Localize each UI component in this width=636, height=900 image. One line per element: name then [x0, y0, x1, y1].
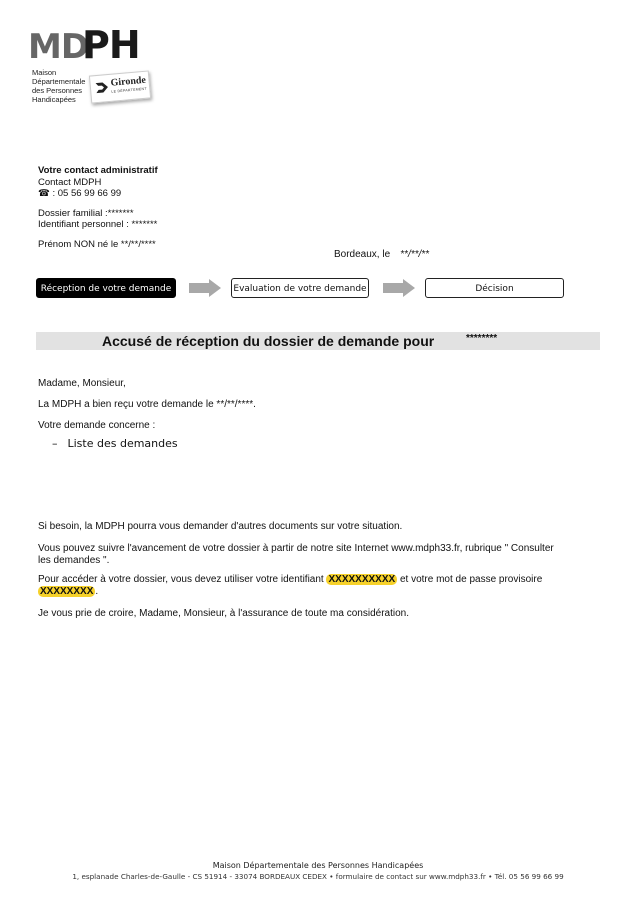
- person-line: Prénom NON né le **/**/****: [38, 239, 158, 251]
- list-dash: –: [52, 437, 58, 450]
- access-suffix: .: [95, 586, 98, 597]
- received-line: La MDPH a bien reçu votre demande le **/…: [38, 399, 598, 411]
- follow-paragraph: Vous pouvez suivre l'avancement de votre…: [38, 543, 598, 567]
- step-reception: Réception de votre demande: [36, 278, 176, 298]
- contact-heading: Votre contact administratif: [38, 165, 158, 177]
- access-paragraph: Pour accéder à votre dossier, vous devez…: [38, 574, 598, 598]
- process-steps: Réception de votre demande Evaluation de…: [36, 278, 576, 300]
- gironde-logo: Gironde LE DÉPARTEMENT: [89, 70, 151, 103]
- salutation: Madame, Monsieur,: [38, 378, 598, 390]
- date-prefix: Bordeaux, le: [334, 249, 390, 260]
- dossier-familial: Dossier familial :*******: [38, 208, 158, 220]
- title-masked-name: ********: [466, 332, 497, 346]
- step-evaluation: Evaluation de votre demande: [231, 278, 369, 298]
- identifiant-personnel: Identifiant personnel : *******: [38, 219, 158, 231]
- concerns-line: Votre demande concerne :: [38, 420, 598, 432]
- footer-address: 1, esplanade Charles-de-Gaulle - CS 5191…: [0, 872, 636, 881]
- identifiant-value: XXXXXXXXXX: [326, 574, 397, 585]
- logo-md-text: MD: [28, 30, 88, 64]
- follow-line-2: les demandes ".: [38, 555, 598, 567]
- access-middle: et votre mot de passe provisoire: [400, 574, 542, 585]
- list-item-label: Liste des demandes: [68, 437, 178, 450]
- contact-name: Contact MDPH: [38, 177, 158, 189]
- access-prefix: Pour accéder à votre dossier, vous devez…: [38, 574, 324, 585]
- mdph-logo: MD PH Maison Départementale des Personne…: [28, 28, 168, 108]
- contact-phone: : 05 56 99 66 99: [52, 188, 121, 199]
- step-decision: Décision: [425, 278, 564, 298]
- document-title-band: Accusé de réception du dossier de demand…: [36, 332, 600, 350]
- footer-org: Maison Départementale des Personnes Hand…: [0, 861, 636, 870]
- password-value: XXXXXXXX: [38, 586, 95, 597]
- logo-subtitle-line: Handicapées: [32, 95, 85, 104]
- closing-line: Je vous prie de croire, Madame, Monsieur…: [38, 608, 598, 620]
- logo-subtitle-line: des Personnes: [32, 86, 85, 95]
- request-list-item: –Liste des demandes: [52, 437, 178, 450]
- documents-line: Si besoin, la MDPH pourra vous demander …: [38, 521, 598, 533]
- document-title: Accusé de réception du dossier de demand…: [102, 332, 434, 350]
- phone-icon: ☎: [38, 188, 50, 199]
- contact-block: Votre contact administratif Contact MDPH…: [38, 165, 158, 250]
- arrow-right-icon: [383, 279, 415, 297]
- arrow-right-icon: [189, 279, 221, 297]
- contact-phone-line: ☎ : 05 56 99 66 99: [38, 188, 158, 200]
- logo-subtitle-line: Départementale: [32, 77, 85, 86]
- follow-line-1: Vous pouvez suivre l'avancement de votre…: [38, 543, 598, 555]
- date-line: Bordeaux, le**/**/**: [334, 249, 429, 260]
- footer: Maison Départementale des Personnes Hand…: [0, 861, 636, 881]
- gironde-mark-icon: [94, 80, 109, 95]
- date-value: **/**/**: [400, 249, 429, 260]
- logo-subtitle-line: Maison: [32, 68, 85, 77]
- logo-subtitle: Maison Départementale des Personnes Hand…: [32, 68, 85, 104]
- logo-ph-text: PH: [82, 26, 140, 64]
